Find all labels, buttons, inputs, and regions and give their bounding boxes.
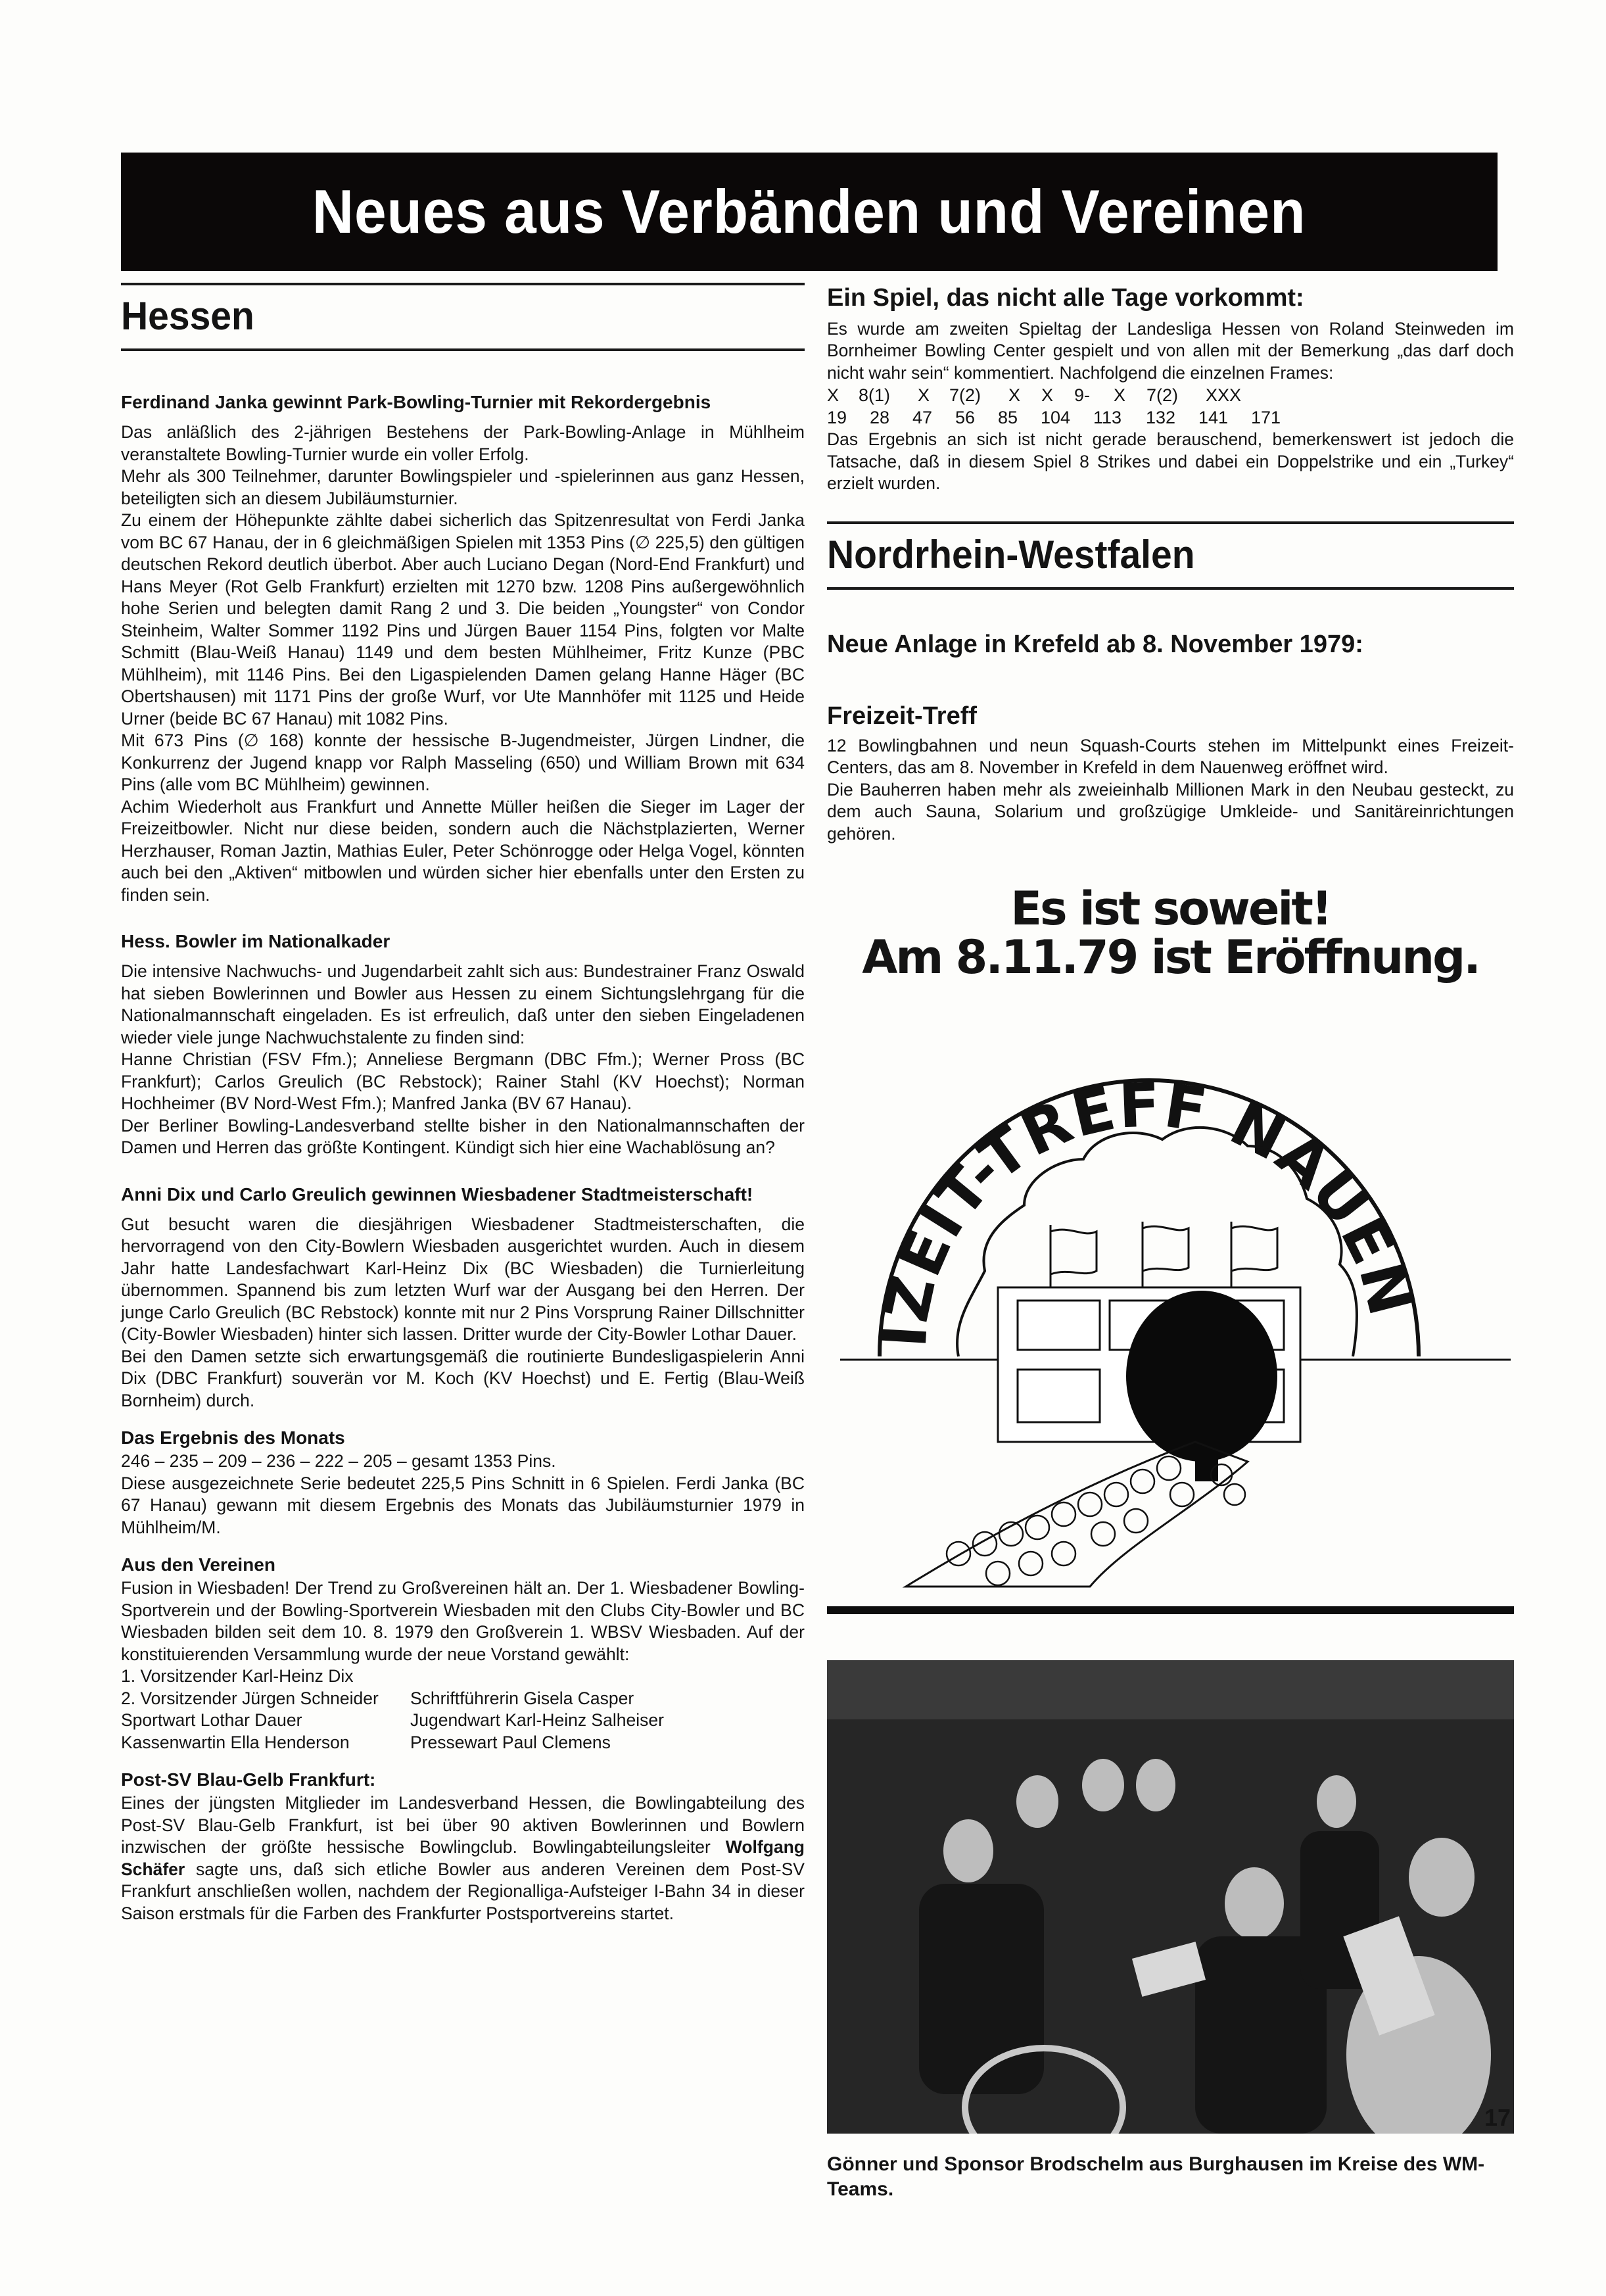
frame-cell: XXX — [1206, 384, 1258, 406]
score-cell: 141 — [1198, 406, 1251, 429]
paragraph: Bei den Damen setzte sich erwartungsgemä… — [121, 1346, 805, 1412]
promo-headline: Es ist soweit! Am 8.11.79 ist Eröffnung. — [827, 884, 1514, 982]
page-title: Neues aus Verbänden und Vereinen — [312, 176, 1306, 247]
text: sagte uns, daß sich etliche Bowler aus a… — [121, 1859, 805, 1923]
article-title: Post-SV Blau-Gelb Frankfurt: — [121, 1768, 805, 1791]
article-janka: Ferdinand Janka gewinnt Park-Bowling-Tur… — [121, 391, 805, 906]
article-post-sv: Post-SV Blau-Gelb Frankfurt: Eines der j… — [121, 1768, 805, 1925]
board-member: Jugendwart Karl-Heinz Salheiser — [410, 1710, 805, 1732]
article-title: Ferdinand Janka gewinnt Park-Bowling-Tur… — [121, 391, 805, 414]
photo-people-icon — [827, 1660, 1514, 2134]
board-left-column: 1. Vorsitzender Karl-Heinz Dix 2. Vorsit… — [121, 1665, 410, 1754]
score-cell: 47 — [912, 406, 955, 429]
board-member: Pressewart Paul Clemens — [410, 1732, 805, 1754]
paragraph: Gut besucht waren die diesjährigen Wiesb… — [121, 1214, 805, 1346]
frame-cell: 7(2) — [949, 384, 1008, 406]
section-title-nrw: Nordrhein-Westfalen — [827, 533, 1480, 577]
paragraph: Die intensive Nachwuchs- und Jugendarbei… — [121, 961, 805, 1049]
header-banner: Neues aus Verbänden und Vereinen — [121, 153, 1498, 271]
frame-cell: 9- — [1074, 384, 1114, 406]
article-spiel: Ein Spiel, das nicht alle Tage vorkommt:… — [827, 283, 1514, 495]
promo-line-2: Am 8.11.79 ist Eröffnung. — [827, 933, 1514, 982]
board-member: Schriftführerin Gisela Casper — [410, 1688, 805, 1710]
board-member: Sportwart Lothar Dauer — [121, 1710, 410, 1732]
article-title: Ein Spiel, das nicht alle Tage vorkommt: — [827, 283, 1514, 314]
frame-cell: X — [1041, 384, 1074, 406]
frame-cell: 8(1) — [859, 384, 918, 406]
paragraph: Der Berliner Bowling-Landesverband stell… — [121, 1115, 805, 1159]
article-aus-den-vereinen: Aus den Vereinen Fusion in Wiesbaden! De… — [121, 1553, 805, 1754]
board-member: Kassenwartin Ella Henderson — [121, 1732, 410, 1754]
score-cell: 104 — [1041, 406, 1093, 429]
section-rule-top — [121, 283, 805, 285]
board-right-column: Schriftführerin Gisela Casper Jugendwart… — [410, 1665, 805, 1754]
paragraph: Mehr als 300 Teilnehmer, darunter Bowlin… — [121, 466, 805, 510]
section-title-hessen: Hessen — [121, 295, 770, 338]
score-cell: 85 — [998, 406, 1041, 429]
team-photo — [827, 1660, 1514, 2134]
frame-cell: 7(2) — [1146, 384, 1206, 406]
article-title: Aus den Vereinen — [121, 1553, 805, 1576]
photo-caption: Gönner und Sponsor Brodschelm aus Burgha… — [827, 2152, 1514, 2202]
score-cell: 171 — [1251, 406, 1304, 429]
paragraph: Achim Wiederholt aus Frankfurt und Annet… — [121, 796, 805, 907]
paragraph: Fusion in Wiesbaden! Der Trend zu Großve… — [121, 1577, 805, 1665]
section-rule-top — [827, 521, 1514, 524]
board-member: 2. Vorsitzender Jürgen Schneider — [121, 1688, 410, 1710]
score-cell: 113 — [1093, 406, 1146, 429]
frame-cell: X — [918, 384, 949, 406]
arch-logo-icon: FREIZEIT-TREFF NAUENWEG — [827, 1008, 1524, 1600]
article-krefeld: Neue Anlage in Krefeld ab 8. November 19… — [827, 629, 1514, 846]
left-column: Hessen Ferdinand Janka gewinnt Park-Bowl… — [121, 283, 805, 1925]
paragraph: Diese ausgezeichnete Serie bedeutet 225,… — [121, 1473, 805, 1539]
score-cell: 56 — [955, 406, 998, 429]
paragraph: Das Ergebnis an sich ist nicht gerade be… — [827, 429, 1514, 495]
frame-cell: X — [1008, 384, 1041, 406]
article-stadtmeisterschaft: Anni Dix und Carlo Greulich gewinnen Wie… — [121, 1183, 805, 1412]
score-cell: 28 — [870, 406, 912, 429]
score-cell: 19 — [827, 406, 870, 429]
paragraph: Eines der jüngsten Mitglieder im Landesv… — [121, 1792, 805, 1925]
board-members-list: 1. Vorsitzender Karl-Heinz Dix 2. Vorsit… — [121, 1665, 805, 1754]
article-title: Hess. Bowler im Nationalkader — [121, 930, 805, 953]
frame-cell: X — [1114, 384, 1146, 406]
score-series: 246 – 235 – 209 – 236 – 222 – 205 – gesa… — [121, 1450, 805, 1473]
article-nationalkader: Hess. Bowler im Nationalkader Die intens… — [121, 930, 805, 1159]
article-headline: Neue Anlage in Krefeld ab 8. November 19… — [827, 629, 1514, 661]
article-title: Anni Dix und Carlo Greulich gewinnen Wie… — [121, 1183, 805, 1206]
right-column: Ein Spiel, das nicht alle Tage vorkommt:… — [827, 283, 1514, 2202]
paragraph: Mit 673 Pins (∅ 168) konnte der hessisch… — [121, 730, 805, 796]
article-subhead: Freizeit-Treff — [827, 701, 1514, 732]
paragraph: Die Bauherren haben mehr als zweieinhalb… — [827, 779, 1514, 846]
divider — [827, 1606, 1514, 1614]
freizeit-treff-logo-illustration: FREIZEIT-TREFF NAUENWEG — [827, 1008, 1524, 1600]
article-ergebnis-des-monats: Das Ergebnis des Monats 246 – 235 – 209 … — [121, 1426, 805, 1539]
page-number: 17 — [1484, 2104, 1511, 2132]
article-title: Das Ergebnis des Monats — [121, 1426, 805, 1449]
promo-line-1: Es ist soweit! — [827, 884, 1514, 933]
board-member: 1. Vorsitzender Karl-Heinz Dix — [121, 1665, 410, 1688]
paragraph: Das anläßlich des 2-jährigen Bestehens d… — [121, 421, 805, 466]
board-member — [410, 1665, 805, 1688]
frames-row: X8(1)X7(2)XX9-X7(2)XXX — [827, 384, 1514, 406]
score-cell: 132 — [1146, 406, 1198, 429]
paragraph: Hanne Christian (FSV Ffm.); Anneliese Be… — [121, 1049, 805, 1115]
text: Eines der jüngsten Mitglieder im Landesv… — [121, 1793, 805, 1857]
paragraph: Zu einem der Höhepunkte zählte dabei sic… — [121, 510, 805, 730]
scores-row: 1928475685104113132141171 — [827, 406, 1514, 429]
frame-cell: X — [827, 384, 859, 406]
paragraph: 12 Bowlingbahnen und neun Squash-Courts … — [827, 735, 1514, 779]
paragraph: Es wurde am zweiten Spieltag der Landesl… — [827, 318, 1514, 385]
